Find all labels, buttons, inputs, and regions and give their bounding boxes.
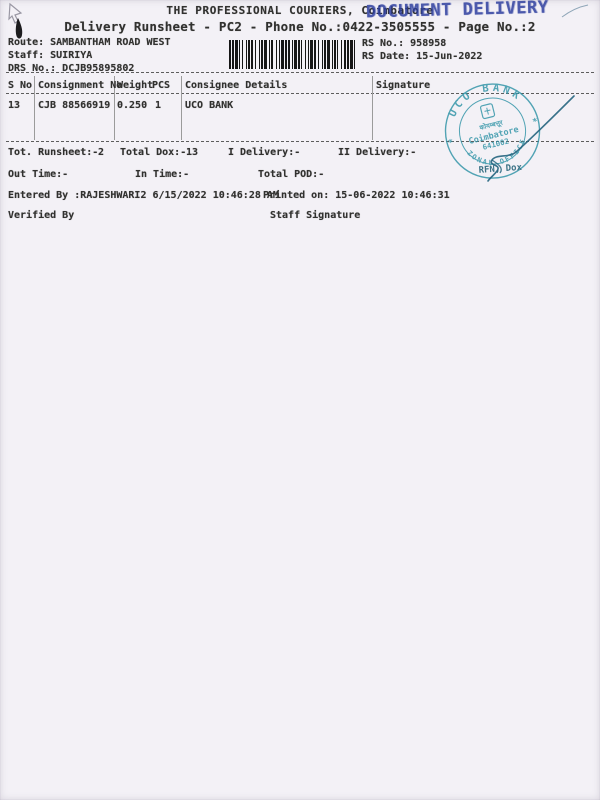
tot-runsheet-label: Tot. Runsheet:- [8,147,98,158]
signature-stroke [428,80,600,185]
col-header-signature: Signature [376,80,430,91]
entered-by-line: Entered By :RAJESHWARI2 6/15/2022 10:46:… [8,190,279,201]
row-consignment: CJB 88566919 [38,100,110,111]
runsheet-title: Delivery Runsheet - PC2 - Phone No.:0422… [0,20,600,34]
printed-on-line: Printed on: 15-06-2022 10:46:31 [263,190,450,201]
staff-signature-label: Staff Signature [270,210,360,221]
row-consignee: UCO BANK [185,100,233,111]
total-dox-label: Total Dox:- [120,147,186,158]
tot-runsheet-value: 2 [98,147,104,158]
row-weight: 0.250 [117,100,147,111]
col-header-pcs: PCS [152,80,170,91]
total-dox-value: 13 [186,147,198,158]
col-header-consignee: Consignee Details [185,80,287,91]
total-pod-label: Total POD:- [258,169,324,180]
pen-flick-mark [560,3,590,21]
table-vline-4 [372,76,373,140]
table-vline-3 [181,76,182,140]
staff-line: Staff: SUIRIYA [8,50,92,61]
delivery-runsheet-document: THE PROFESSIONAL COURIERS, Coimbatore DO… [0,0,600,800]
col-header-consignment: Consignment No [38,80,122,91]
rs-date-line: RS Date: 15-Jun-2022 [362,51,482,62]
verified-by-label: Verified By [8,210,74,221]
i-delivery-label: I Delivery:- [228,147,300,158]
col-header-weight: Weight [117,80,153,91]
col-header-sno: S No [8,80,32,91]
out-time-label: Out Time:- [8,169,68,180]
row-sno: 13 [8,100,20,111]
table-vline-1 [34,76,35,140]
in-time-label: In Time:- [135,169,189,180]
barcode [229,40,357,69]
ii-delivery-label: II Delivery:- [338,147,416,158]
route-line: Route: SAMBANTHAM ROAD WEST [8,37,171,48]
row-pcs: 1 [155,100,161,111]
rs-no-line: RS No.: 958958 [362,38,446,49]
